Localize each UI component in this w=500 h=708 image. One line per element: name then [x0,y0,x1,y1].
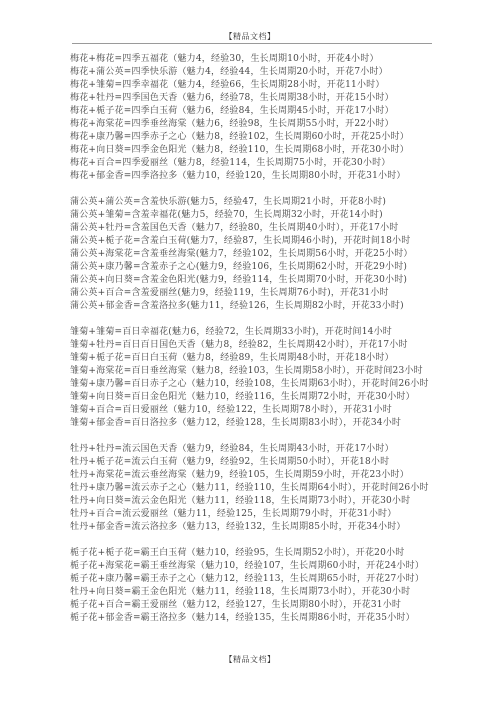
combo-line: 雏菊+向日葵=百日金色阳光（魅力10，经验116，生长周期72小时，开花30小时… [70,391,472,404]
combo-block: 栀子花+栀子花=霸王白玉荷（魅力10，经验95，生长周期52小时），开花20小时… [70,547,472,625]
combo-line: 雏菊+栀子花=百日白玉荷（魅力8，经验89，生长周期48小时，开花18小时） [70,352,472,365]
combo-line: 牡丹+牡丹=流云国色天香（魅力9，经验84，生长周期43小时，开花17小时） [70,443,472,456]
combo-line: 蒲公英+栀子花=含羞白玉荷(魅力7，经验87，生长周期46小时)，开花时间18小… [70,235,472,248]
combo-line: 牡丹+向日葵=流云金色阳光（魅力11，经验118，生长周期73小时），开花30小… [70,495,472,508]
combo-line: 雏菊+雏菊=百日幸福花(魅力6，经验72，生长周期33小时)，开花时间14小时 [70,326,472,339]
combo-line: 梅花+海棠花=四季垂丝海棠（魅力6，经验98，生长周期55小时，开22小时） [70,118,472,131]
footer-badge: 【精品文档】 [0,654,500,666]
combo-line: 蒲公英+蒲公英=含羞快乐游(魅力5，经验47，生长周期21小时，开花8小时) [70,196,472,209]
combo-line: 雏菊+康乃馨=百日赤子之心（魅力10，经验108，生长周期63小时），开花时间2… [70,378,472,391]
header-badge: 【精品文档】 [0,31,500,42]
combo-line: 梅花+栀子花=四季白玉荷（魅力6，经验84，生长周期45小时，开花17小时） [70,105,472,118]
combo-line: 牡丹+郁金香=流云洛拉多（魅力13，经验132，生长周期85小时，开花34小时） [70,521,472,534]
combo-line: 梅花+百合=四季爱丽丝（魅力8，经验114，生长周期75小时，开花30小时） [70,157,472,170]
combo-line: 梅花+郁金香=四季洛拉多（魅力10，经验120，生长周期80小时，开花31小时） [70,170,472,183]
combo-line: 雏菊+郁金香=百日洛拉多（魅力12，经验128，生长周期83小时），开花34小时 [70,417,472,430]
combo-line: 梅花+梅花=四季五福花（魅力4，经验30，生长周期10小时，开花4小时） [70,53,472,66]
combo-line: 梅花+牡丹=四季国色天香（魅力6，经验78，生长周期38小时，开花15小时） [70,92,472,105]
combo-line: 栀子花+康乃馨=霸王赤子之心（魅力12，经验113，生长周期65小时，开花27小… [70,573,472,586]
combo-line: 牡丹+百合=流云爱丽丝（魅力11，经验125，生长周期79小时，开花31小时） [70,508,472,521]
combo-block: 雏菊+雏菊=百日幸福花(魅力6，经验72，生长周期33小时)，开花时间14小时雏… [70,326,472,430]
combo-line: 栀子花+百合=霸王爱丽丝（魅力12，经验127，生长周期80小时），开花31小时 [70,599,472,612]
combo-line: 梅花+康乃馨=四季赤子之心（魅力8，经验102，生长周期60小时，开花25小时） [70,131,472,144]
combo-line: 牡丹+康乃馨=流云赤子之心（魅力11，经验110，生长周期64小时），开花时间2… [70,482,472,495]
combo-line: 栀子花+海棠花=霸王垂丝海棠（魅力10，经验107，生长周期60小时，开花24小… [70,560,472,573]
document-page: 【精品文档】 梅花+梅花=四季五福花（魅力4，经验30，生长周期10小时，开花4… [0,0,500,708]
combo-line: 栀子花+栀子花=霸王白玉荷（魅力10，经验95，生长周期52小时），开花20小时 [70,547,472,560]
combo-line: 蒲公英+向日葵=含羞金色阳光(魅力9，经验114，生长周期70小时，开花30小时… [70,274,472,287]
combo-line: 梅花+蒲公英=四季快乐游（魅力4，经验44，生长周期20小时，开花7小时） [70,66,472,79]
combo-line: 蒲公英+雏菊=含羞幸福花(魅力5，经验70，生长周期32小时，开花14小时) [70,209,472,222]
header-rule [72,43,432,44]
combo-line: 蒲公英+海棠花=含羞垂丝海棠(魅力7，经验102，生长周期56小时，开花25小时… [70,248,472,261]
combo-line: 蒲公英+康乃馨=含羞赤子之心(魅力9，经验106，生长周期62小时，开花29小时… [70,261,472,274]
combo-line: 雏菊+百合=百日爱丽丝（魅力10，经验122，生长周期78小时），开花31小时 [70,404,472,417]
document-body: 梅花+梅花=四季五福花（魅力4，经验30，生长周期10小时，开花4小时）梅花+蒲… [70,53,472,625]
combo-line: 蒲公英+郁金香=含羞洛拉多(魅力11，经验126，生长周期82小时，开花33小时… [70,300,472,313]
combo-block: 牡丹+牡丹=流云国色天香（魅力9，经验84，生长周期43小时，开花17小时）牡丹… [70,443,472,534]
combo-line: 蒲公英+百合=含羞爱丽丝(魅力9，经验119，生长周期76小时)，开花31小时 [70,287,472,300]
combo-line: 蒲公英+牡丹=含羞国色天香（魅力7，经验80，生长周期40小时），开花17小时 [70,222,472,235]
combo-line: 雏菊+牡丹=百日百日国色天香（魅力8，经验82，生长周期42小时），开花17小时 [70,339,472,352]
combo-block: 蒲公英+蒲公英=含羞快乐游(魅力5，经验47，生长周期21小时，开花8小时)蒲公… [70,196,472,313]
combo-line: 栀子花+郁金香=霸王洛拉多（魅力14，经验135，生长周期86小时，开花35小时… [70,612,472,625]
combo-line: 梅花+向日葵=四季金色阳光（魅力8，经验110，生长周期68小时，开花30小时） [70,144,472,157]
combo-line: 牡丹+向日葵=霸王金色阳光（魅力11，经验118，生长周期73小时），开花30小… [70,586,472,599]
combo-block: 梅花+梅花=四季五福花（魅力4，经验30，生长周期10小时，开花4小时）梅花+蒲… [70,53,472,183]
combo-line: 梅花+雏菊=四季幸福花（魅力4，经验66，生长周期28小时，开花11小时） [70,79,472,92]
combo-line: 牡丹+海棠花=流云垂丝海棠（魅力9，经验105，生长周期59小时，开花23小时） [70,469,472,482]
combo-line: 雏菊+海棠花=百日垂丝海棠（魅力8，经验103，生长周期58小时），开花时间23… [70,365,472,378]
combo-line: 牡丹+栀子花=流云白玉荷（魅力9，经验92，生长周期50小时），开花18小时 [70,456,472,469]
